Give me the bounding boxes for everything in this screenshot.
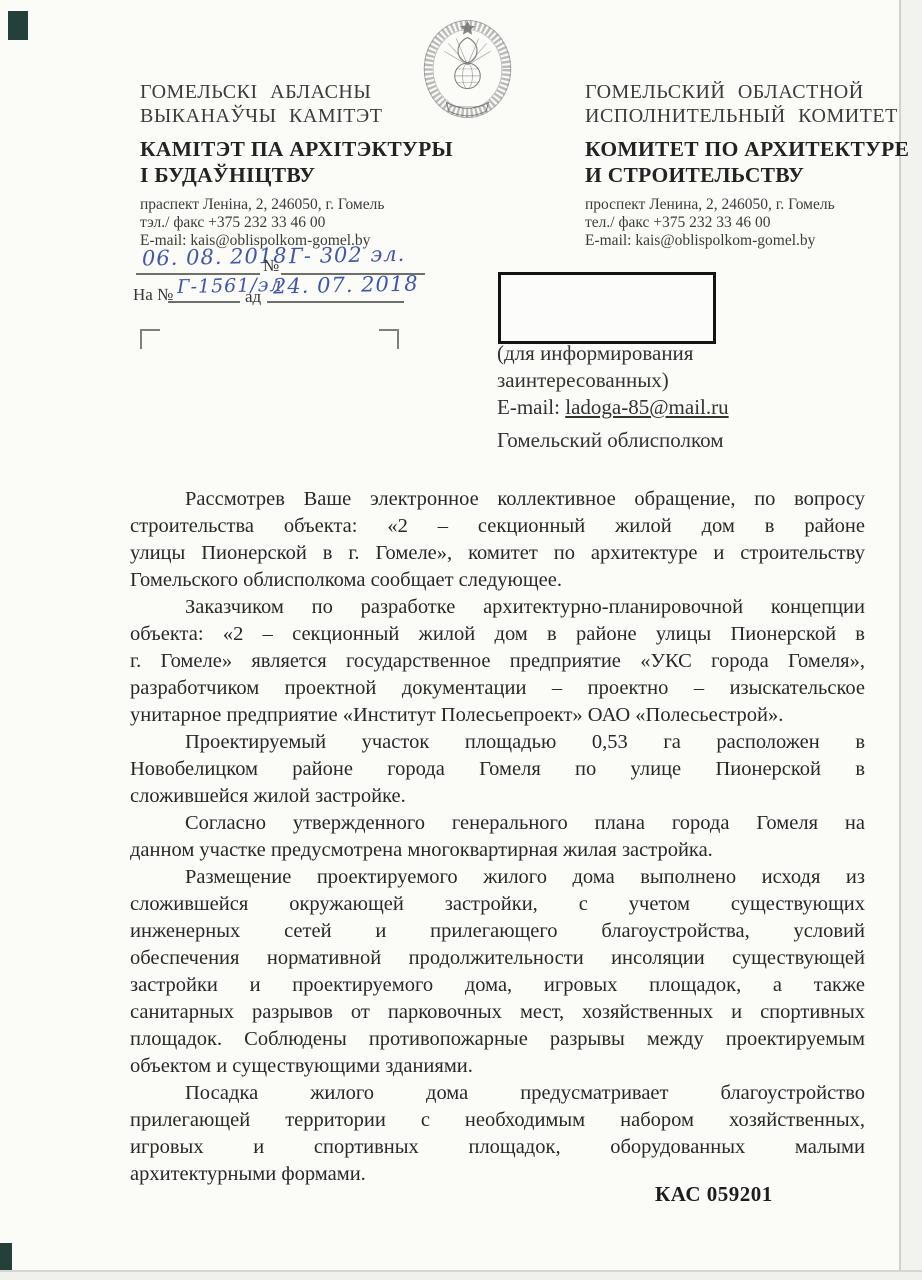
letterhead-right: ГОМЕЛЬСКИЙ ОБЛАСТНОЙ ИСПОЛНИТЕЛЬНЫЙ КОМИ… [585,80,920,250]
org-name-by-line1: ГОМЕЛЬСКІ АБЛАСНЫ [140,80,475,104]
body-line: унитарное предприятие «Институт Полесьеп… [130,702,865,729]
ruled-line [168,301,240,303]
doc-code: КАС 059201 [655,1182,773,1207]
incoming-number-handwritten: Г-1561/эл [177,274,283,298]
body-line: объекта: «2 – секционный жилой дом в рай… [130,621,865,648]
dept-name-ru-line2: И СТРОИТЕЛЬСТВУ [585,162,920,188]
body-line: площадок. Соблюдены противопожарные разр… [130,1026,865,1053]
recipient-email-label: E-mail: [497,395,565,419]
body-line: сложившейся жилой застройке. [130,783,865,810]
dept-name-by-line2: І БУДАЎНІЦТВУ [140,162,475,188]
org-name-by-line2: ВЫКАНАЎЧЫ КАМІТЭТ [140,104,475,128]
address-ru: проспект Ленина, 2, 246050, г. Гомель [585,196,920,214]
body-line: Согласно утвержденного генерального план… [130,810,865,837]
body-line: Проектируемый участок площадью 0,53 га р… [130,729,865,756]
body-paragraph: Посадка жилого дома предусматривает благ… [130,1080,865,1188]
recipient-note-line1: (для информирования [497,340,837,367]
body-line: Посадка жилого дома предусматривает благ… [130,1080,865,1107]
recipient-email: ladoga-85@mail.ru [565,395,728,419]
letter-body: Рассмотрев Ваше электронное коллективное… [130,486,865,1188]
body-line: данном участке предусмотрена многокварти… [130,837,865,864]
body-line: Гомельского облисполкома сообщает следую… [130,567,865,594]
address-corner-bracket-right [379,329,399,349]
body-line: улицы Пионерской в г. Гомеле», комитет п… [130,540,865,567]
body-line: Размещение проектируемого жилого дома вы… [130,864,865,891]
body-line: объектом и существующими зданиями. [130,1053,865,1080]
body-paragraph: Согласно утвержденного генерального план… [130,810,865,864]
body-line: застройки и проектируемого дома, игровых… [130,972,865,999]
redaction-box [498,272,716,344]
email-ru: E-mail: kais@oblispolkom-gomel.by [585,232,920,250]
outgoing-number-handwritten: Г- 302 эл. [289,242,406,268]
paper-edge-bottom [0,1272,922,1280]
body-line: Новобелицком районе города Гомеля по ули… [130,756,865,783]
body-paragraph: Проектируемый участок площадью 0,53 га р… [130,729,865,810]
scan-corner-mark-top-left [8,11,28,40]
org-name-ru-line1: ГОМЕЛЬСКИЙ ОБЛАСТНОЙ [585,80,920,104]
recipient-note-line2: заинтересованных) [497,367,837,394]
ruled-line [267,301,404,303]
body-paragraph: Рассмотрев Ваше электронное коллективное… [130,486,865,594]
address-corner-bracket-left [140,329,160,349]
incoming-date-handwritten: 24. 07. 2018 [273,271,419,298]
paper-edge-bottom-line [0,1270,922,1272]
from-label: ад [245,287,261,307]
body-paragraph: Размещение проектируемого жилого дома вы… [130,864,865,1080]
recipient-block: (для информирования заинтересованных) E-… [497,340,837,454]
body-line: обеспечения нормативной продолжительност… [130,945,865,972]
dept-name-by-line1: КАМІТЭТ ПА АРХІТЭКТУРЫ [140,136,475,162]
body-line: инженерных сетей и прилегающего благоуст… [130,918,865,945]
org-name-ru-line2: ИСПОЛНИТЕЛЬНЫЙ КОМИТЕТ [585,104,920,128]
body-line: санитарных разрывов от парковочных мест,… [130,999,865,1026]
body-line: прилегающей территории с необходимым наб… [130,1107,865,1134]
address-by: праспект Леніна, 2, 246050, г. Гомель [140,196,475,214]
body-line: Заказчиком по разработке архитектурно-пл… [130,594,865,621]
body-line: Рассмотрев Ваше электронное коллективное… [130,486,865,513]
recipient-email-line: E-mail: ladoga-85@mail.ru [497,394,837,421]
scanned-letter-page: ГОМЕЛЬСКІ АБЛАСНЫ ВЫКАНАЎЧЫ КАМІТЭТ КАМІ… [0,0,922,1280]
phone-by: тэл./ факс +375 232 33 46 00 [140,214,475,232]
recipient-org: Гомельский облисполком [497,427,837,454]
letterhead-left: ГОМЕЛЬСКІ АБЛАСНЫ ВЫКАНАЎЧЫ КАМІТЭТ КАМІ… [140,80,475,250]
body-line: г. Гомеле» является государственное пред… [130,648,865,675]
body-paragraph: Заказчиком по разработке архитектурно-пл… [130,594,865,729]
body-line: разработчиком проектной документации – п… [130,675,865,702]
dept-name-ru-line1: КОМИТЕТ ПО АРХИТЕКТУРЕ [585,136,920,162]
phone-ru: тел./ факс +375 232 33 46 00 [585,214,920,232]
body-line: строительства объекта: «2 – секционный ж… [130,513,865,540]
body-line: сложившейся окружающей застройки, с учет… [130,891,865,918]
body-line: игровых и спортивных площадок, оборудова… [130,1134,865,1161]
